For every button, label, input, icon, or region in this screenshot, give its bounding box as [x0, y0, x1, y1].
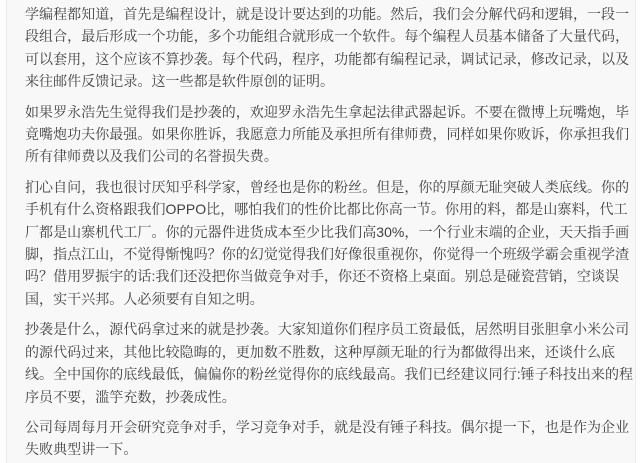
- text-line: 公司每周每月开会研究竞争对手，学习竞争对手，就是没有锤子科技。偶尔提一下，也是作…: [25, 416, 631, 438]
- text-line: 来往邮件反馈记录。这一些都是软件原创的证明。: [25, 70, 631, 92]
- text-line: 所有律师费以及我们公司的名誉损失费。: [25, 145, 631, 167]
- text-line: 可以套用，这个应该不算抄袭。每个代码，程序，功能都有编程记录，调试记录，修改记录…: [25, 48, 631, 70]
- text-line: 如果罗永浩先生觉得我们是抄袭的，欢迎罗永浩先生拿起法律武器起诉。不要在微博上玩嘴…: [25, 101, 631, 123]
- text-line: 国，实干兴邦。人必须要有自知之明。: [25, 288, 631, 310]
- paragraph-oppo-comparison: 扪心自问，我也很讨厌知乎科学家，曾经也是你的粉丝。但是，你的厚颜无耻突破人类底线…: [25, 176, 631, 310]
- text-line: 序员不要，滥竽充数，抄袭成性。: [25, 386, 631, 408]
- text-line: 竟嘴炮功夫你最强。如果你胜诉，我愿意力所能及承担所有律师费，同样如果你败诉，你承…: [25, 123, 631, 145]
- text-line: 手机有什么资格跟我们OPPO比，哪怕我们的性价比都比你高一节。你用的料，都是山寨…: [25, 198, 631, 220]
- text-line: 扪心自问，我也很讨厌知乎科学家，曾经也是你的粉丝。但是，你的厚颜无耻突破人类底线…: [25, 176, 631, 198]
- text-line: 厂都是山寨机代工厂。你的元器件进货成本至少比我们高30%，一个行业末端的企业，天…: [25, 221, 631, 243]
- page-left-edge: [0, 0, 7, 463]
- article-body: 学编程都知道，首先是编程设计，就是设计要达到的功能。然后，我们会分解代码和逻辑，…: [25, 3, 631, 463]
- text-line: 抄袭是什么，源代码拿过来的就是抄袭。大家知道你们程序员工资最低，居然明目张胆拿小…: [25, 318, 631, 340]
- text-line: 线。全中国你的底线最低，偏偏你的粉丝觉得你的底线最高。我们已经建议同行:锤子科技…: [25, 363, 631, 385]
- paragraph-lawsuit-challenge: 如果罗永浩先生觉得我们是抄袭的，欢迎罗永浩先生拿起法律武器起诉。不要在微博上玩嘴…: [25, 101, 631, 168]
- text-line: 学编程都知道，首先是编程设计，就是设计要达到的功能。然后，我们会分解代码和逻辑，…: [25, 3, 631, 25]
- text-line: 吗？借用罗振宇的话:我们还没把你当做竞争对手，你还不资格上桌面。别总是碰瓷营销，…: [25, 265, 631, 287]
- paragraph-plagiarism-accusation: 抄袭是什么，源代码拿过来的就是抄袭。大家知道你们程序员工资最低，居然明目张胆拿小…: [25, 318, 631, 408]
- article-page: 学编程都知道，首先是编程设计，就是设计要达到的功能。然后，我们会分解代码和逻辑，…: [0, 0, 640, 463]
- paragraph-programming-records: 学编程都知道，首先是编程设计，就是设计要达到的功能。然后，我们会分解代码和逻辑，…: [25, 3, 631, 93]
- paragraph-competitor-research: 公司每周每月开会研究竞争对手，学习竞争对手，就是没有锤子科技。偶尔提一下，也是作…: [25, 416, 631, 461]
- text-line: 失败典型讲一下。: [25, 438, 631, 460]
- page-right-edge: [635, 0, 640, 463]
- text-line: 的源代码过来，其他比较隐晦的，更加数不胜数，这种厚颜无耻的行为都做得出来，还谈什…: [25, 341, 631, 363]
- text-line: 脚，指点江山，不觉得惭愧吗？你的幻觉觉得我们好像很重视你，你觉得一个班级学霸会重…: [25, 243, 631, 265]
- text-line: 段组合，最后形成一个功能，多个功能组合就形成一个软件。每个编程人员基本储备了大量…: [25, 25, 631, 47]
